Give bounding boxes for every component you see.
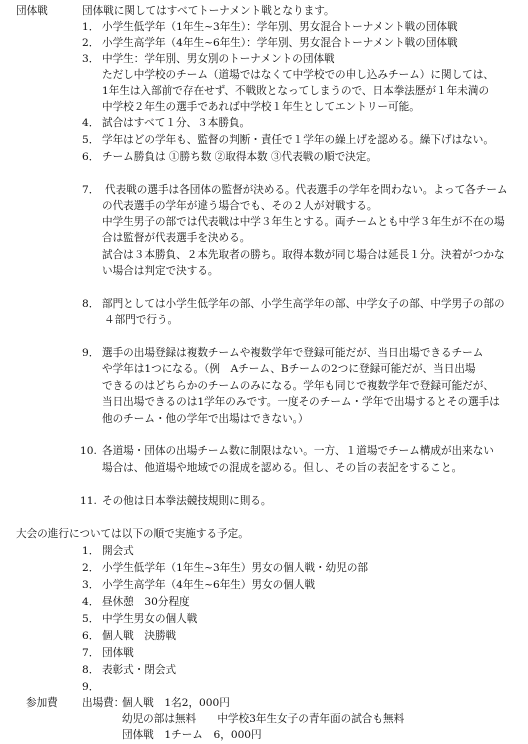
item-number: 10.: [80, 444, 97, 460]
schedule-item: 小学生低学年（1年生~3年生）男女の個人戦・幼児の部: [102, 561, 368, 577]
schedule-item: 個人戦 決勝戦: [102, 629, 176, 645]
fees-label: 参加費: [26, 696, 58, 712]
schedule-item: 表彰式・閉会式: [102, 663, 176, 679]
item-number: 11.: [80, 494, 97, 510]
schedule-number: 8．: [82, 663, 99, 679]
schedule-item: 開会式: [102, 544, 134, 560]
team-intro: 団体戦に関してはすべてトーナメント戦となります。: [82, 4, 335, 20]
item-number: 6．: [82, 150, 99, 166]
schedule-number: 9．: [82, 680, 99, 696]
schedule-item: 昼休憩 30分程度: [102, 595, 190, 611]
item-text: や学年は1つになる。（例 Aチーム、Bチームの2つに登録可能だが、当日出場: [102, 362, 476, 378]
item-text: 各道場・団体の出場チーム数に制限はない。一方、１道場でチーム構成が出来ない: [102, 444, 494, 460]
schedule-item: 中学生男女の個人戦: [102, 612, 197, 628]
item-text: できるのはどちらかのチームのみになる。学年も同じで複数学年で登録可能だが、: [102, 379, 494, 395]
item-text: 選手の出場登録は複数チームや複数学年で登録可能だが、当日出場できるチーム: [102, 346, 483, 362]
item-text: 他のチーム・他の学年で出場はできない。）: [102, 412, 309, 428]
item-text: 合は監督が代表選手を決める。: [102, 231, 250, 247]
item-number: 1．: [82, 20, 99, 36]
item-text: 1年生は入部前で存在せず、不戦敗となってしまうので、日本拳法歴が１年未満の: [102, 84, 489, 100]
schedule-number: 4．: [82, 595, 99, 611]
item-text: ただし中学校のチーム（道場ではなくて中学校での申し込みチーム）に関しては、: [102, 68, 494, 84]
schedule-number: 7．: [82, 646, 99, 662]
fee-line: 個人戦 1名2，000円: [122, 696, 230, 712]
schedule-number: 2．: [82, 561, 99, 577]
item-text: 中学生男子の部では代表戦は中学３年生とする。両チームとも中学３年生が不在の場: [102, 215, 505, 231]
item-text: の代表選手の学年が違う場合でも、その２人が対戦する。: [102, 199, 377, 215]
item-text: 学年はどの学年も、監督の判断・責任で１学年の繰上げを認める。繰下げはない。: [102, 133, 494, 149]
schedule-intro: 大会の進行については以下の順で実施する予定。: [16, 527, 249, 543]
fee-line: 団体戦 1チーム 6，000円: [122, 728, 262, 744]
item-text: チーム勝負は ①勝ち数 ②取得本数 ③代表戦の順で決定。: [102, 150, 377, 166]
fee-line: 幼児の部は無料 中学校3年生女子の青年面の試合も無料: [122, 712, 404, 728]
fees-sub-label: 出場費：: [82, 696, 124, 712]
item-number: 2．: [82, 36, 99, 52]
item-number: 5．: [82, 133, 99, 149]
schedule-number: 5．: [82, 612, 99, 628]
item-text: ４部門で行う。: [104, 313, 178, 329]
item-text: 小学生高学年（4年生~6年生）：学年別、男女混合トーナメント戦の団体戦: [102, 36, 458, 52]
schedule-number: 6．: [82, 629, 99, 645]
item-number: 9．: [82, 346, 99, 362]
item-text: 中学生：学年別、男女別のトーナメントの団体戦: [102, 52, 335, 68]
item-text: い場合は判定で決する。: [102, 264, 219, 280]
schedule-item: 団体戦: [102, 646, 134, 662]
item-text: 当日出場できるのは1学年のみです。一度そのチーム・学年で出場するとその選手は: [102, 395, 500, 411]
schedule-item: 小学生高学年（4年生~6年生）男女の個人戦: [102, 578, 315, 594]
item-text: 場合は、他道場や地域での混成を認める。但し、その旨の表記をすること。: [102, 461, 462, 477]
item-number: 7．: [82, 183, 99, 199]
item-text: 代表戦の選手は各団体の監督が決める。代表選手の学年を問わない。よって各チーム: [105, 183, 508, 199]
item-text: 部門としては小学生低学年の部、小学生高学年の部、中学女子の部、中学男子の部の: [102, 297, 505, 313]
item-text: その他は日本拳法競技規則に則る。: [102, 494, 272, 510]
item-text: 試合は３本勝負、２本先取者の勝ち。取得本数が同じ場合は延長１分。決着がつかな: [102, 248, 505, 264]
item-number: 3．: [82, 52, 99, 68]
section-label-team: 団体戦: [16, 4, 48, 20]
item-number: 4．: [82, 116, 99, 132]
item-text: 小学生低学年（1年生~3年生）：学年別、男女混合トーナメント戦の団体戦: [102, 20, 458, 36]
schedule-number: 3．: [82, 578, 99, 594]
schedule-number: 1．: [82, 544, 99, 560]
item-text: 試合はすべて１分、３本勝負。: [102, 116, 250, 132]
item-number: 8．: [82, 297, 99, 313]
item-text: 中学校２年生の選手であれば中学校１年生としてエントリー可能。: [102, 100, 420, 116]
